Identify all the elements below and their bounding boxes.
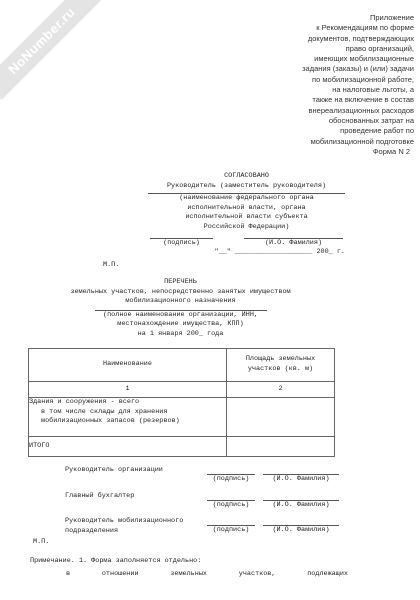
signature-row: Главный бухгалтер (подпись) (И.О. Фамили…: [65, 492, 339, 511]
annex-note-line: также на включение в состав: [302, 95, 414, 105]
annex-note-line: проведение работ по: [302, 126, 414, 136]
annex-note-line: к Рекомендациям по форме: [302, 23, 414, 33]
annex-note-line: мобилизационной подготовке: [302, 137, 414, 147]
agreed-date-line: "__" ___________________ 200_ г.: [148, 248, 345, 258]
agreed-title: СОГЛАСОВАНО: [148, 172, 345, 182]
sign-caption: (подпись): [207, 501, 255, 511]
signature-role-label: Руководитель мобилизационного подразделе…: [65, 517, 207, 536]
signatures-block: Руководитель организации (подпись) (И.О.…: [65, 466, 339, 543]
list-title: ПЕРЕЧЕНЬ: [28, 278, 333, 288]
annex-note-line: документов, подтверждающих: [302, 34, 414, 44]
sign-caption: (подпись): [207, 475, 255, 485]
col2-header-cell: Площадь земельных участков (кв. м): [227, 349, 335, 382]
list-date-line: на 1 января 200_ года: [28, 330, 333, 340]
name-field: (И.О. Фамилия): [263, 517, 339, 536]
row-name-cell: Здания и сооружения - всего в том числе …: [29, 398, 227, 437]
sign-field: (подпись): [207, 517, 255, 536]
row-value-cell: [227, 398, 335, 437]
column-number-row: 1 2: [29, 382, 335, 398]
agreed-name-field: (И.О. Фамилия): [244, 238, 343, 249]
signature-role-line: Руководитель мобилизационного: [65, 517, 207, 527]
stamp-mark: М.П.: [103, 261, 119, 271]
table-header-row: Наименование Площадь земельных участков …: [29, 349, 335, 382]
form-number-label: Форма N 2: [373, 147, 410, 157]
annex-note-line: право организаций,: [302, 44, 414, 54]
signature-line: [207, 466, 255, 475]
name-caption: (И.О. Фамилия): [263, 475, 339, 485]
annex-note: Приложение к Рекомендациям по форме доку…: [302, 13, 414, 147]
annex-note-line: задания (заказы) и (или) задачи: [302, 64, 414, 74]
agreed-subtitle: Руководитель (заместитель руководителя): [148, 182, 345, 192]
agreed-org-caption: исполнительной власти, органа: [148, 204, 345, 214]
signature-row: Руководитель мобилизационного подразделе…: [65, 517, 339, 536]
list-subtitle: земельных участков, непосредственно заня…: [28, 288, 333, 298]
name-caption: (И.О. Фамилия): [244, 239, 343, 249]
sign-caption: (подпись): [150, 239, 213, 249]
annex-note-line: имеющих мобилизационные: [302, 54, 414, 64]
signature-role-label: Руководитель организации: [65, 466, 207, 485]
agreed-org-caption: Российской Федерации): [148, 223, 345, 233]
name-field: (И.О. Фамилия): [263, 466, 339, 485]
watermark-band: NoNumber.ru: [0, 0, 101, 100]
col2-header-line: участков (кв. м): [227, 365, 334, 375]
signature-role-label: Главный бухгалтер: [65, 492, 207, 511]
name-field: (И.О. Фамилия): [263, 492, 339, 511]
col2-number-cell: 2: [227, 382, 335, 398]
col1-header: Наименование: [29, 360, 226, 370]
land-plots-table: Наименование Площадь земельных участков …: [28, 348, 335, 457]
annex-note-line: по мобилизационной работе,: [302, 75, 414, 85]
list-subtitle: мобилизационного назначения: [28, 297, 333, 307]
org-caption: местонахождение имущества, КПП): [28, 320, 333, 330]
signature-row: Руководитель организации (подпись) (И.О.…: [65, 466, 339, 485]
watermark-text: NoNumber.ru: [8, 7, 77, 76]
signature-line: [207, 517, 255, 526]
total-value-cell: [227, 437, 335, 457]
signature-role-line: Руководитель организации: [65, 466, 207, 476]
signature-line: [207, 492, 255, 501]
agreed-org-caption: исполнительной власти субъекта: [148, 213, 345, 223]
signature-line: [263, 492, 339, 501]
agreed-org-caption: (наименование федерального органа: [148, 194, 345, 204]
stamp-mark: М.П.: [33, 538, 49, 548]
name-caption: (И.О. Фамилия): [263, 501, 339, 511]
note-line: Примечание. 1. Форма заполняется отдельн…: [30, 557, 348, 567]
signature-role-line: Главный бухгалтер: [65, 492, 207, 502]
row-line: мобилизационных запасов (резервов): [29, 417, 226, 427]
annex-note-line: обоснованных затрат на: [302, 116, 414, 126]
signature-line: [263, 517, 339, 526]
annex-note-line: на налоговые льготы, а: [302, 85, 414, 95]
row-line: в том числе склады для хранения: [29, 408, 226, 418]
note-block: Примечание. 1. Форма заполняется отдельн…: [30, 557, 348, 580]
row-line: Здания и сооружения - всего: [29, 398, 226, 408]
document-page: NoNumber.ru Приложение к Рекомендациям п…: [0, 0, 420, 600]
sign-field: (подпись): [207, 492, 255, 511]
total-label-cell: ИТОГО: [29, 437, 227, 457]
annex-note-line: Приложение: [302, 13, 414, 23]
sign-caption: (подпись): [207, 526, 255, 536]
sign-field: (подпись): [207, 466, 255, 485]
name-caption: (И.О. Фамилия): [263, 526, 339, 536]
org-caption: (полное наименование организации, ИНН,: [28, 311, 333, 321]
agreed-signature-row: (подпись) (И.О. Фамилия): [148, 238, 345, 249]
signature-role-line: подразделения: [65, 527, 207, 537]
col1-header-cell: Наименование: [29, 349, 227, 382]
table-row: Здания и сооружения - всего в том числе …: [29, 398, 335, 437]
signature-line: [263, 466, 339, 475]
table-total-row: ИТОГО: [29, 437, 335, 457]
list-title-block: ПЕРЕЧЕНЬ земельных участков, непосредств…: [28, 278, 333, 340]
note-line: в отношении земельных участков, подлежащ…: [66, 570, 348, 580]
col2-header-line: Площадь земельных: [227, 355, 334, 365]
annex-note-line: внереализационных расходов: [302, 106, 414, 116]
agreed-sign-field: (подпись): [150, 238, 213, 249]
agreed-block: СОГЛАСОВАНО Руководитель (заместитель ру…: [148, 172, 345, 258]
col1-number-cell: 1: [29, 382, 227, 398]
